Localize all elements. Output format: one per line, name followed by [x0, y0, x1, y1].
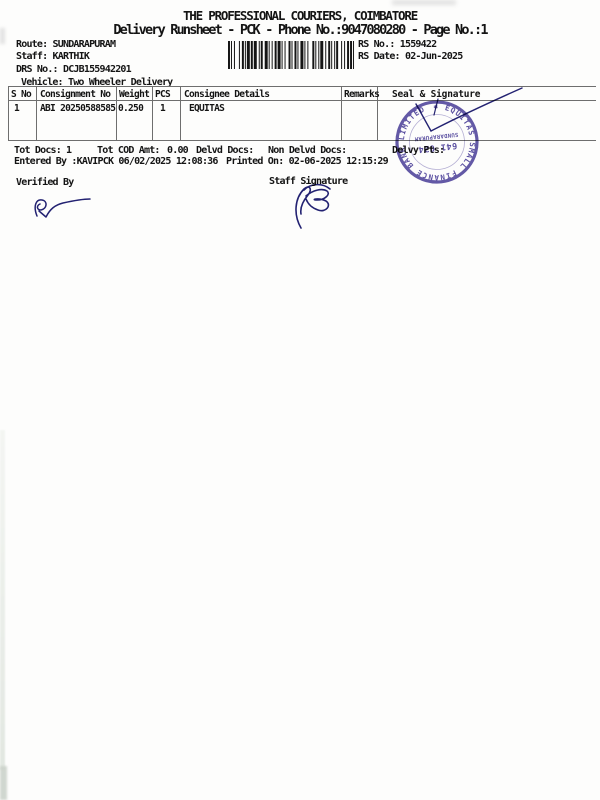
- col-header-remarks: Remarks: [344, 89, 379, 100]
- runsheet-barcode: [228, 41, 356, 69]
- tot-cod-value: 0.00: [167, 145, 188, 156]
- non-delvd-docs-label: Non Delvd Docs:: [268, 145, 346, 156]
- ink-annotations: [0, 0, 600, 800]
- printed-on-line: Printed On: 02-06-2025 12:15:29: [226, 156, 388, 167]
- staff-signature-label: Staff Signature: [269, 176, 347, 187]
- stamp-branch-name: SUNDARAPURAM: [414, 131, 459, 142]
- table-col-line: [8, 86, 9, 140]
- delivery-runsheet-document: THE PROFESSIONAL COURIERS, COIMBATORE De…: [0, 0, 600, 800]
- scan-artifact-left-edge: [0, 430, 5, 770]
- entered-by-line: Entered By :KAVIPCK 06/02/2025 12:08:36: [14, 156, 218, 167]
- table-col-line: [180, 86, 181, 140]
- col-header-weight: Weight: [119, 89, 149, 100]
- table-bottom-border: [8, 140, 596, 141]
- tot-docs-value: 1: [66, 145, 71, 156]
- runsheet-subtitle: Delivery Runsheet - PCK - Phone No.:9047…: [0, 22, 600, 38]
- scan-artifact-top: [392, 0, 456, 5]
- col-header-consignee: Consignee Details: [184, 89, 269, 100]
- col-header-pcs: PCS: [155, 89, 170, 100]
- scan-artifact-bottom-left: [0, 766, 7, 800]
- cell-pcs: 1: [160, 103, 165, 114]
- rs-no-line: RS No.: 1559422: [358, 39, 436, 50]
- tot-docs-label: Tot Docs:: [14, 145, 61, 156]
- cell-weight: 0.250: [118, 103, 143, 114]
- cell-consignment: ABI 20250588585: [40, 103, 115, 114]
- svg-text:✱ EQUITAS SMALL FINANCE BANK L: ✱ EQUITAS SMALL FINANCE BANK LIMITED: [393, 98, 481, 186]
- cell-sno: 1: [14, 103, 19, 114]
- rs-date-line: RS Date: 02-Jun-2025: [358, 51, 462, 62]
- cell-consignee: EQUITAS: [189, 103, 224, 114]
- stamp-rim-text: ✱ EQUITAS SMALL FINANCE BANK LIMITED: [393, 98, 481, 186]
- table-col-line: [152, 86, 153, 140]
- staff-line: Staff: KARTHIK: [16, 51, 89, 62]
- stamp-pincode: 641 024: [417, 140, 457, 154]
- table-col-line: [341, 86, 342, 140]
- table-col-line: [36, 86, 37, 140]
- company-title: THE PROFESSIONAL COURIERS, COIMBATORE: [0, 8, 600, 23]
- table-header-border: [8, 100, 596, 101]
- table-top-border: [8, 86, 596, 87]
- route-line: Route: SUNDARAPURAM: [16, 39, 115, 50]
- stamp-center-text-group: 641 024 SUNDARAPURAM: [414, 131, 460, 155]
- stamp-outer-ring: [393, 98, 481, 186]
- col-header-consignment: Consignment No: [40, 89, 110, 100]
- verified-by-signature: [35, 199, 90, 217]
- col-header-sno: S No: [11, 89, 31, 100]
- equitas-bank-stamp: ✱ EQUITAS SMALL FINANCE BANK LIMITED 641…: [385, 90, 488, 193]
- tot-cod-label: Tot COD Amt:: [97, 145, 160, 156]
- verified-by-label: Verified By: [16, 177, 73, 188]
- drs-no-line: DRS No.: DCJB155942201: [16, 64, 131, 75]
- delvd-docs-label: Delvd Docs:: [196, 145, 253, 156]
- staff-signature: [296, 185, 330, 228]
- table-col-line: [116, 86, 117, 140]
